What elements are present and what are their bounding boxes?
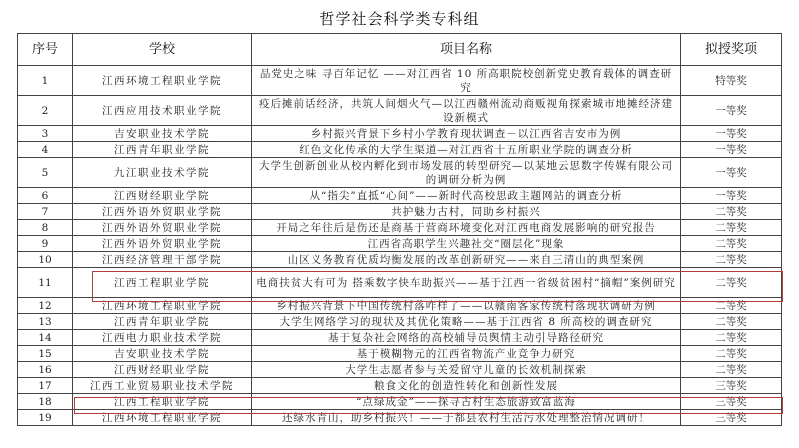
cell-award: 二等奖 xyxy=(681,314,782,330)
cell-project: 乡村振兴背景下乡村小学教育现状调查－以江西省吉安市为例 xyxy=(252,126,681,142)
cell-no: 15 xyxy=(18,346,73,362)
cell-project: 乡村振兴背景下中国传统村落咋样了——以赣南客家传统村落现状调研为例 xyxy=(252,298,681,314)
cell-project: 疫后摊前话经济，共筑人间烟火气—以江西赣州流动商贩视角探索城市地摊经济建设新模式 xyxy=(252,96,681,126)
cell-school: 江西环境工程职业学院 xyxy=(73,298,252,314)
cell-project: 大学生志愿者参与关爱留守儿童的长效机制探索 xyxy=(252,362,681,378)
cell-school: 江西工程职业学院 xyxy=(73,394,252,410)
cell-school: 江西环境工程职业学院 xyxy=(73,410,252,426)
cell-project: 从“指尖”直抵“心间”——新时代高校思政主题网站的调查分析 xyxy=(252,188,681,204)
cell-project: “点绿成金”——探寻古村生态旅游致富蓝海 xyxy=(252,394,681,410)
cell-award: 一等奖 xyxy=(681,126,782,142)
cell-no: 17 xyxy=(18,378,73,394)
cell-no: 8 xyxy=(18,220,73,236)
table-row: 15吉安职业技术学院基于模糊物元的江西省物流产业竞争力研究二等奖 xyxy=(18,346,782,362)
table-row: 12江西环境工程职业学院乡村振兴背景下中国传统村落咋样了——以赣南客家传统村落现… xyxy=(18,298,782,314)
cell-no: 19 xyxy=(18,410,73,426)
cell-award: 二等奖 xyxy=(681,362,782,378)
table-row: 14江西电力职业技术学院基于复杂社会网络的高校辅导员舆情主动引导路径研究二等奖 xyxy=(18,330,782,346)
header-award: 拟授奖项 xyxy=(681,34,782,66)
cell-no: 10 xyxy=(18,252,73,268)
table-header-row: 序号 学校 项目名称 拟授奖项 xyxy=(18,34,782,66)
cell-award: 二等奖 xyxy=(681,252,782,268)
cell-award: 二等奖 xyxy=(681,298,782,314)
table-row: 2江西应用技术职业学院疫后摊前话经济，共筑人间烟火气—以江西赣州流动商贩视角探索… xyxy=(18,96,782,126)
table-row: 13江西青年职业学院大学生网络学习的现状及其优化策略——基于江西省 8 所高校的… xyxy=(18,314,782,330)
table-row: 4江西青年职业学院红色文化传承的大学生渠道—对江西省十五所职业学院的调查分析一等… xyxy=(18,142,782,158)
table-row: 16江西财经职业学院大学生志愿者参与关爱留守儿童的长效机制探索二等奖 xyxy=(18,362,782,378)
cell-school: 江西应用技术职业学院 xyxy=(73,96,252,126)
table-row: 6江西财经职业学院从“指尖”直抵“心间”——新时代高校思政主题网站的调查分析一等… xyxy=(18,188,782,204)
cell-award: 一等奖 xyxy=(681,142,782,158)
cell-award: 一等奖 xyxy=(681,158,782,188)
header-project: 项目名称 xyxy=(252,34,681,66)
cell-school: 江西青年职业学院 xyxy=(73,142,252,158)
cell-school: 江西财经职业学院 xyxy=(73,188,252,204)
cell-no: 16 xyxy=(18,362,73,378)
table-row: 7江西外语外贸职业学院共护魅力古村，同助乡村振兴二等奖 xyxy=(18,204,782,220)
cell-project: 江西省高职学生兴趣社交“圈层化”现象 xyxy=(252,236,681,252)
cell-award: 三等奖 xyxy=(681,378,782,394)
cell-school: 江西经济管理干部学院 xyxy=(73,252,252,268)
cell-school: 江西环境工程职业学院 xyxy=(73,66,252,96)
table-row: 8江西外语外贸职业学院开局之年往后是伤还是商基于营商环境变化对江西电商发展影响的… xyxy=(18,220,782,236)
cell-award: 二等奖 xyxy=(681,236,782,252)
cell-school: 江西电力职业技术学院 xyxy=(73,330,252,346)
cell-award: 一等奖 xyxy=(681,188,782,204)
header-no: 序号 xyxy=(18,34,73,66)
table-row: 3吉安职业技术学院乡村振兴背景下乡村小学教育现状调查－以江西省吉安市为例一等奖 xyxy=(18,126,782,142)
cell-school: 江西工业贸易职业技术学院 xyxy=(73,378,252,394)
cell-no: 9 xyxy=(18,236,73,252)
cell-project: 山区义务教育优质均衡发展的改革创新研究——来自三清山的典型案例 xyxy=(252,252,681,268)
cell-no: 11 xyxy=(18,268,73,298)
cell-no: 13 xyxy=(18,314,73,330)
cell-project: 大学生创新创业从校内孵化到市场发展的转型研究—以某地云思数字传媒有限公司的调研分… xyxy=(252,158,681,188)
cell-no: 1 xyxy=(18,66,73,96)
cell-school: 江西外语外贸职业学院 xyxy=(73,236,252,252)
cell-project: 基于模糊物元的江西省物流产业竞争力研究 xyxy=(252,346,681,362)
table-row: 5九江职业技术学院大学生创新创业从校内孵化到市场发展的转型研究—以某地云思数字传… xyxy=(18,158,782,188)
awards-table: 序号 学校 项目名称 拟授奖项 1江西环境工程职业学院品党史之味 寻百年记忆 —… xyxy=(17,33,782,426)
cell-award: 二等奖 xyxy=(681,346,782,362)
header-school: 学校 xyxy=(73,34,252,66)
cell-project: 品党史之味 寻百年记忆 ——对江西省 10 所高职院校创新党史教育载体的调查研究 xyxy=(252,66,681,96)
cell-school: 九江职业技术学院 xyxy=(73,158,252,188)
table-row: 10江西经济管理干部学院山区义务教育优质均衡发展的改革创新研究——来自三清山的典… xyxy=(18,252,782,268)
cell-no: 14 xyxy=(18,330,73,346)
cell-no: 3 xyxy=(18,126,73,142)
cell-school: 江西青年职业学院 xyxy=(73,314,252,330)
table-row: 19江西环境工程职业学院还绿水青山，助乡村振兴！——于都县农村生活污水处理整治情… xyxy=(18,410,782,426)
cell-project: 粮食文化的创造性转化和创新性发展 xyxy=(252,378,681,394)
cell-project: 大学生网络学习的现状及其优化策略——基于江西省 8 所高校的调查研究 xyxy=(252,314,681,330)
cell-project: 开局之年往后是伤还是商基于营商环境变化对江西电商发展影响的研究报告 xyxy=(252,220,681,236)
cell-award: 三等奖 xyxy=(681,410,782,426)
cell-no: 4 xyxy=(18,142,73,158)
cell-school: 江西工程职业学院 xyxy=(73,268,252,298)
cell-project: 共护魅力古村，同助乡村振兴 xyxy=(252,204,681,220)
table-row: 18江西工程职业学院“点绿成金”——探寻古村生态旅游致富蓝海三等奖 xyxy=(18,394,782,410)
table-row: 1江西环境工程职业学院品党史之味 寻百年记忆 ——对江西省 10 所高职院校创新… xyxy=(18,66,782,96)
table-row: 9江西外语外贸职业学院江西省高职学生兴趣社交“圈层化”现象二等奖 xyxy=(18,236,782,252)
cell-award: 二等奖 xyxy=(681,204,782,220)
cell-no: 18 xyxy=(18,394,73,410)
cell-no: 6 xyxy=(18,188,73,204)
cell-no: 5 xyxy=(18,158,73,188)
cell-award: 一等奖 xyxy=(681,96,782,126)
table-row: 11江西工程职业学院电商扶贫大有可为 搭乘数字快车助振兴——基于江西一省级贫困村… xyxy=(18,268,782,298)
cell-school: 江西外语外贸职业学院 xyxy=(73,220,252,236)
cell-award: 二等奖 xyxy=(681,268,782,298)
cell-school: 吉安职业技术学院 xyxy=(73,126,252,142)
cell-no: 7 xyxy=(18,204,73,220)
cell-award: 二等奖 xyxy=(681,220,782,236)
cell-school: 吉安职业技术学院 xyxy=(73,346,252,362)
cell-project: 基于复杂社会网络的高校辅导员舆情主动引导路径研究 xyxy=(252,330,681,346)
cell-school: 江西外语外贸职业学院 xyxy=(73,204,252,220)
cell-project: 电商扶贫大有可为 搭乘数字快车助振兴——基于江西一省级贫困村“摘帽”案例研究 xyxy=(252,268,681,298)
cell-award: 三等奖 xyxy=(681,394,782,410)
cell-award: 特等奖 xyxy=(681,66,782,96)
cell-school: 江西财经职业学院 xyxy=(73,362,252,378)
cell-award: 二等奖 xyxy=(681,330,782,346)
cell-project: 还绿水青山，助乡村振兴！——于都县农村生活污水处理整治情况调研！ xyxy=(252,410,681,426)
table-row: 17江西工业贸易职业技术学院粮食文化的创造性转化和创新性发展三等奖 xyxy=(18,378,782,394)
cell-no: 2 xyxy=(18,96,73,126)
cell-no: 12 xyxy=(18,298,73,314)
page-title: 哲学社会科学类专科组 xyxy=(0,8,799,29)
cell-project: 红色文化传承的大学生渠道—对江西省十五所职业学院的调查分析 xyxy=(252,142,681,158)
